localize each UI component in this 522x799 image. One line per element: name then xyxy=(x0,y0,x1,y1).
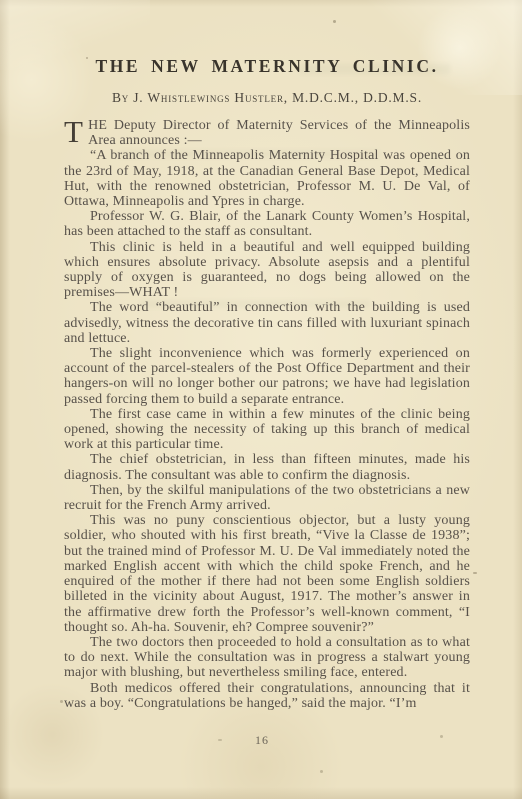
scanned-page: THE NEW MATERNITY CLINIC. By J. Whistlew… xyxy=(0,0,522,799)
dropcap-letter: T xyxy=(64,118,88,145)
paragraph: The two doctors then proceeded to hold a… xyxy=(64,635,470,681)
paper-speck xyxy=(60,700,63,703)
article-title: THE NEW MATERNITY CLINIC. xyxy=(64,56,470,77)
paper-speck xyxy=(473,572,477,574)
paper-speck xyxy=(320,770,323,773)
paragraph: Both medicos offered their congratulatio… xyxy=(64,681,470,711)
paragraph: The first case came in within a few minu… xyxy=(64,407,470,453)
opening-paragraph: THE Deputy Director of Maternity Service… xyxy=(64,118,470,148)
article: THE NEW MATERNITY CLINIC. By J. Whistlew… xyxy=(64,56,470,711)
paper-speck xyxy=(333,20,336,23)
article-byline: By J. Whistlewings Hustler, M.D.C.M., D.… xyxy=(64,90,470,106)
opening-paragraph-text: HE Deputy Director of Maternity Services… xyxy=(88,118,470,148)
paragraph: Then, by the skilful manipulations of th… xyxy=(64,483,470,513)
paragraph: Professor W. G. Blair, of the Lanark Cou… xyxy=(64,209,470,239)
paragraph: “A branch of the Minneapolis Maternity H… xyxy=(64,148,470,209)
paragraph: This was no puny conscientious objector,… xyxy=(64,513,470,635)
paragraph: This clinic is held in a beautiful and w… xyxy=(64,240,470,301)
page-number: 16 xyxy=(64,733,460,748)
paragraph: The slight inconvenience which was forme… xyxy=(64,346,470,407)
paragraph: The chief obstetrician, in less than fif… xyxy=(64,452,470,482)
paragraph: The word “beautiful” in connection with … xyxy=(64,300,470,346)
